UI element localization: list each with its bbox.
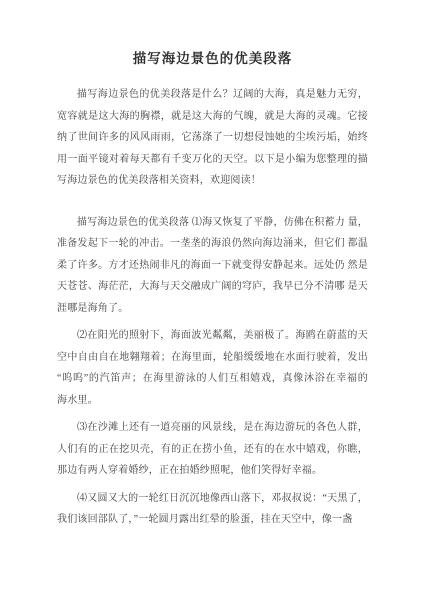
text-line: 宽容就是这大海的胸襟，就是这大海的气魄，就是大海的灵魂。它接 <box>57 106 368 128</box>
paragraph: 描写海边景色的优美段落是什么？辽阔的大海，真是魅力无穷，宽容就是这大海的胸襟，就… <box>57 84 368 192</box>
text-line: 用一面平镜对着每天都有千变万化的天空。以下是小编为您整理的描 <box>57 149 368 171</box>
paragraph: ⑷又圆又大的一轮红日沉沉地像西山落下，邓叔叔说：“天黑了，我们该回部队了，”一轮… <box>57 488 368 531</box>
text-line: 描写海边景色的优美段落 ⑴海又恢复了平静，仿佛在积蓄力 量， <box>57 212 368 234</box>
document-page: 描写海边景色的优美段落 描写海边景色的优美段落是什么？辽阔的大海，真是魅力无穷，… <box>0 0 423 600</box>
document-body: 描写海边景色的优美段落是什么？辽阔的大海，真是魅力无穷，宽容就是这大海的胸襟，就… <box>57 84 368 531</box>
paragraph: ⑶在沙滩上还有一道亮丽的风景线，是在海边游玩的各色人群，人们有的正在挖贝壳，有的… <box>57 417 368 482</box>
text-line: ⑶在沙滩上还有一道亮丽的风景线，是在海边游玩的各色人群， <box>57 417 368 439</box>
paragraph: 描写海边景色的优美段落 ⑴海又恢复了平静，仿佛在积蓄力 量，准备发起下一轮的冲击… <box>57 212 368 320</box>
text-line: ⑷又圆又大的一轮红日沉沉地像西山落下，邓叔叔说：“天黑了， <box>57 488 368 510</box>
text-line: 我们该回部队了，”一轮圆月露出红晕的脸蛋，挂在天空中，像一盏 <box>57 509 368 531</box>
text-line: 写海边景色的优美段落相关资料，欢迎阅读！ <box>57 170 368 192</box>
text-line: 海水里。 <box>57 390 368 412</box>
text-line: 柔了许多。方才还热闹非凡的海面一下就变得安静起来。远处仍 然是 <box>57 255 368 277</box>
text-line: “呜呜”的汽笛声；在海里游泳的人们互相嬉戏，真像沐浴在幸福的 <box>57 368 368 390</box>
text-line: 描写海边景色的优美段落是什么？辽阔的大海，真是魅力无穷， <box>57 84 368 106</box>
text-line: 人们有的正在挖贝壳，有的正在捞小鱼，还有的在水中嬉戏，你瞧， <box>57 439 368 461</box>
text-line: 那边有两人穿着婚纱，正在拍婚纱照呢，他们笑得好幸福。 <box>57 460 368 482</box>
text-line: ⑵在阳光的照射下，海面波光粼粼，美丽极了。海鸥在蔚蓝的天 <box>57 325 368 347</box>
text-line: 天苍苍、海茫茫，大海与天交融成广阔的穹庐，我早已分不清哪 是天 <box>57 276 368 298</box>
text-line: 涯哪是海角了。 <box>57 298 368 320</box>
text-line: 准备发起下一轮的冲击。一垄垄的海浪仍然向海边涌来，但它们 都温 <box>57 233 368 255</box>
text-line: 空中自由自在地翱翔着；在海里面，轮船缓缓地在水面行驶着，发出 <box>57 347 368 369</box>
text-line: 纳了世间许多的风风雨雨，它荡涤了一切想侵蚀她的尘埃污垢，始终 <box>57 127 368 149</box>
paragraph: ⑵在阳光的照射下，海面波光粼粼，美丽极了。海鸥在蔚蓝的天空中自由自在地翱翔着；在… <box>57 325 368 411</box>
document-title: 描写海边景色的优美段落 <box>57 47 368 67</box>
